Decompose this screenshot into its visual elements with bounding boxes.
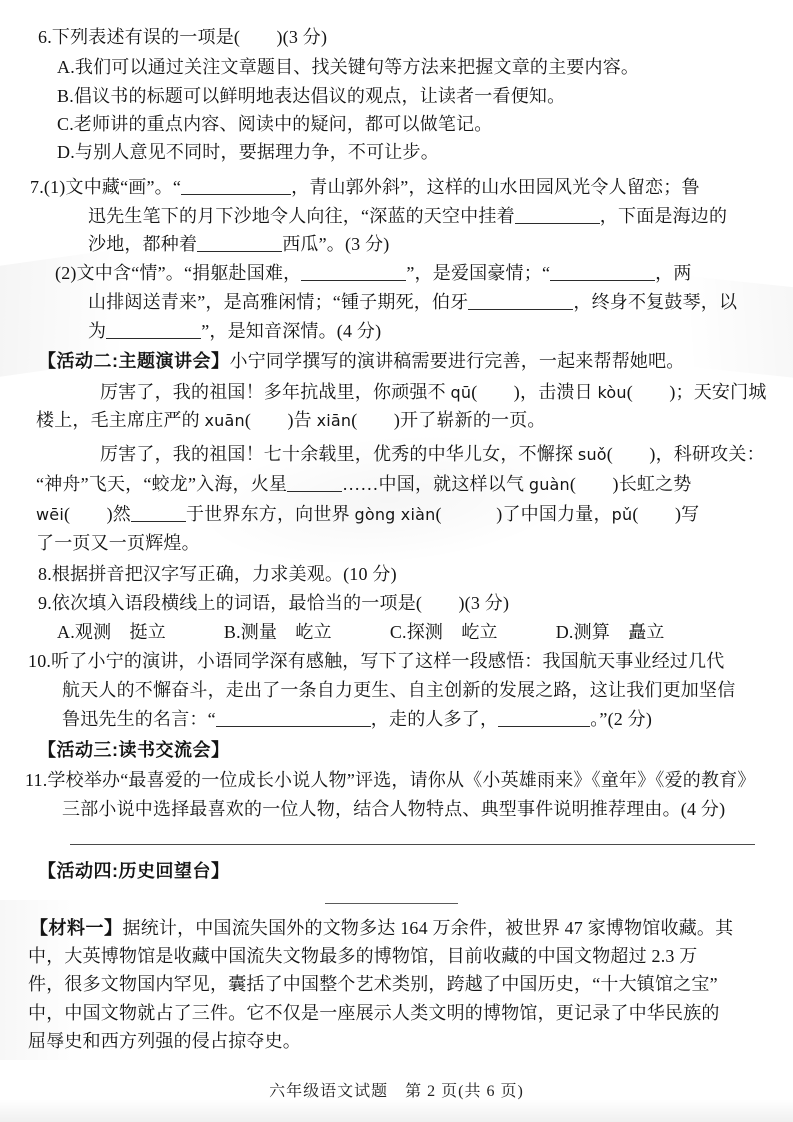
- scan-shadow: [175, 412, 606, 588]
- q7-part2-line1: (2)文中含“情”。“捐躯赴国难，”，是爱国豪情；“，两: [55, 262, 692, 284]
- blank-line: [216, 711, 371, 727]
- material1-line1: 【材料一】据统计，中国流失国外的文物多达 164 万余件，被世界 47 家博物馆…: [30, 917, 733, 939]
- text: B.倡议书的标题可以鲜明地表达倡议的观点，让读者一看便知。: [57, 86, 565, 106]
- q7-part1-line2: 迅先生笔下的月下沙地令人向往，“深蓝的天空中挂着，下面是海边的: [88, 205, 727, 227]
- activity2-heading: 【活动二:主题演讲会】小宁同学撰写的演讲稿需要进行完善，一起来帮帮她吧。: [38, 350, 685, 372]
- blank-line: [468, 294, 573, 310]
- text: (2)文中含“情”。“捐躯赴国难，: [55, 263, 301, 283]
- text: D.与别人意见不同时，要据理力争，不可让步。: [57, 142, 439, 162]
- text: ，终身不复鼓琴，以: [573, 292, 737, 312]
- text: ”，是爱国豪情；“: [406, 263, 550, 283]
- q8-stem: 8.根据拼音把汉字写正确，力求美观。(10 分): [38, 563, 397, 585]
- answer-rule: [70, 844, 755, 845]
- text: 迅先生笔下的月下沙地令人向往，“深蓝的天空中挂着: [88, 206, 515, 226]
- text: C.老师讲的重点内容、阅读中的疑问，都可以做笔记。: [57, 114, 493, 134]
- bold-text: 【活动三:读书交流会】: [38, 740, 230, 760]
- q7-part1-line3: 沙地，都种着西瓜”。(3 分): [88, 233, 389, 255]
- blank-line: [197, 236, 282, 252]
- bold-text: 【材料一】: [30, 918, 123, 938]
- activity4-heading: 【活动四:历史回望台】: [38, 860, 230, 882]
- material1-line5: 屈辱史和西方列强的侵占掠夺史。: [28, 1030, 301, 1052]
- speech-text: ( )，科研攻关：: [607, 444, 765, 464]
- blank-line: [106, 323, 201, 339]
- page-footer: 六年级语文试题 第 2 页(共 6 页): [0, 1078, 793, 1101]
- activity3-heading: 【活动三:读书交流会】: [38, 739, 230, 761]
- text: 件，很多文物国内罕见，囊括了中国整个艺术类别，跨越了中国历史，“十大镇馆之宝”: [28, 974, 718, 994]
- q9-options-row: A.观测 挺立B.测量 屹立C.探测 屹立D.测算 矗立: [57, 621, 665, 643]
- text: 屈辱史和西方列强的侵占掠夺史。: [28, 1031, 301, 1051]
- q11-line2: 三部小说中选择最喜欢的一位人物，结合人物特点、典型事件说明推荐理由。(4 分): [62, 798, 725, 820]
- speech-text: ( )告: [245, 410, 317, 430]
- text: 9.依次填入语段横线上的词语，最恰当的一项是( )(3 分): [38, 593, 509, 613]
- speech-text: 了一页又一页辉煌。: [36, 533, 200, 553]
- speech-para2-line3: wēi( )然于世界东方，向世界 gòng xiàn( )了中国力量，pǔ( )…: [36, 503, 699, 526]
- text: A.我们可以通过关注文章题目、找关键句等方法来把握文章的主要内容。: [57, 57, 639, 77]
- speech-text: 于世界东方，向世界: [186, 504, 355, 524]
- pinyin-text: pǔ: [612, 505, 633, 524]
- blank-line: [301, 265, 406, 281]
- text: 11.学校举办“最喜爱的一位成长小说人物”评选，请你从《小英雄雨来》《童年》《爱…: [25, 770, 756, 790]
- q7-part1-line1: 7.(1)文中藏“画”。“，青山郭外斜”，这样的山水田园风光令人留恋；鲁: [30, 176, 700, 198]
- speech-text: 厉害了，我的祖国！七十余载里，优秀的中华儿女，不懈探: [100, 444, 578, 464]
- speech-text: ( )；天安门城: [627, 382, 767, 402]
- q6-option-b: B.倡议书的标题可以鲜明地表达倡议的观点，让读者一看便知。: [57, 85, 565, 107]
- text: 西瓜”。(3 分): [282, 234, 389, 254]
- speech-text: ( )写: [632, 504, 699, 524]
- speech-para2-line2: “神舟”飞天，“蛟龙”入海，火星……中国，就这样以气 guàn( )长虹之势: [36, 473, 692, 496]
- pinyin-text: kòu: [598, 383, 627, 402]
- blank-line: [515, 208, 600, 224]
- q6-stem: 6.下列表述有误的一项是( )(3 分): [38, 26, 327, 48]
- text: ，两: [655, 263, 691, 283]
- text: 沙地，都种着: [88, 234, 197, 254]
- pinyin-text: gòng xiàn: [354, 505, 435, 524]
- material1-line4: 中，中国文物就占了三件。它不仅是一座展示人类文明的博物馆，更记录了中华民族的: [28, 1002, 720, 1024]
- pinyin-text: wēi: [36, 505, 64, 524]
- q10-line1: 10.听了小宁的演讲，小语同学深有感触，写下了这样一段感悟：我国航天事业经过几代: [28, 650, 725, 672]
- exam-page: 6.下列表述有误的一项是( )(3 分) A.我们可以通过关注文章题目、找关键句…: [0, 0, 793, 1122]
- blank-line: [498, 711, 590, 727]
- text: 据统计，中国流失国外的文物多达 164 万余件，被世界 47 家博物馆收藏。其: [123, 918, 734, 938]
- speech-text: 厉害了，我的祖国！多年抗战里，你顽强不: [100, 382, 451, 402]
- text: 。”(2 分): [590, 709, 652, 729]
- speech-text: ……中国，就这样以气: [342, 474, 529, 494]
- text: 7.(1)文中藏“画”。“: [30, 177, 181, 197]
- pinyin-text: suǒ: [578, 445, 607, 464]
- blank-line: [181, 179, 291, 195]
- pinyin-text: guàn: [529, 475, 570, 494]
- text: ，走的人多了，: [371, 709, 498, 729]
- text: 中，中国文物就占了三件。它不仅是一座展示人类文明的博物馆，更记录了中华民族的: [28, 1003, 720, 1023]
- q11-line1: 11.学校举办“最喜爱的一位成长小说人物”评选，请你从《小英雄雨来》《童年》《爱…: [25, 769, 756, 791]
- speech-para2-line4: 了一页又一页辉煌。: [36, 532, 200, 554]
- q6-option-d: D.与别人意见不同时，要据理力争，不可让步。: [57, 141, 439, 163]
- text: D.测算 矗立: [556, 622, 665, 642]
- speech-text: 楼上，毛主席庄严的: [36, 410, 205, 430]
- bold-text: 【活动四:历史回望台】: [38, 861, 230, 881]
- speech-text: ( )开了崭新的一页。: [351, 410, 545, 430]
- text: ，下面是海边的: [600, 206, 727, 226]
- spacer: [332, 637, 390, 638]
- text: C.探测 屹立: [390, 622, 498, 642]
- pinyin-text: qū: [451, 383, 472, 402]
- bold-text: 【活动二:主题演讲会】: [38, 351, 230, 371]
- speech-text: ( )，击溃日: [471, 382, 597, 402]
- text: 中，大英博物馆是收藏中国流失文物最多的博物馆，目前收藏的中国文物超过 2.3 万: [28, 946, 698, 966]
- speech-text: ( )然: [64, 504, 131, 524]
- spacer: [166, 637, 224, 638]
- material1-line3: 件，很多文物国内罕见，囊括了中国整个艺术类别，跨越了中国历史，“十大镇馆之宝”: [28, 973, 718, 995]
- q9-stem: 9.依次填入语段横线上的词语，最恰当的一项是( )(3 分): [38, 592, 509, 614]
- text: 为: [88, 321, 106, 341]
- q10-line2: 航天人的不懈奋斗，走出了一条自力更生、自主创新的发展之路，这让我们更加坚信: [62, 679, 735, 701]
- text: 8.根据拼音把汉字写正确，力求美观。(10 分): [38, 564, 397, 584]
- text: 6.下列表述有误的一项是( )(3 分): [38, 27, 327, 47]
- text: ，青山郭外斜”，这样的山水田园风光令人留恋；鲁: [291, 177, 700, 197]
- blank-line: [550, 265, 655, 281]
- text: 小宁同学撰写的演讲稿需要进行完善，一起来帮帮她吧。: [230, 351, 685, 371]
- text: A.观测 挺立: [57, 622, 166, 642]
- text: B.测量 屹立: [224, 622, 332, 642]
- q6-option-a: A.我们可以通过关注文章题目、找关键句等方法来把握文章的主要内容。: [57, 56, 639, 78]
- q6-option-c: C.老师讲的重点内容、阅读中的疑问，都可以做笔记。: [57, 113, 493, 135]
- text: 航天人的不懈奋斗，走出了一条自力更生、自主创新的发展之路，这让我们更加坚信: [62, 680, 735, 700]
- text: 三部小说中选择最喜欢的一位人物，结合人物特点、典型事件说明推荐理由。(4 分): [62, 799, 725, 819]
- speech-text: ( )了中国力量，: [435, 504, 611, 524]
- speech-text: ( )长虹之势: [570, 474, 692, 494]
- speech-para1-line2: 楼上，毛主席庄严的 xuān( )告 xiān( )开了崭新的一页。: [36, 409, 546, 432]
- text: 山排闼送青来”，是高雅闲情；“锺子期死，伯牙: [88, 292, 468, 312]
- pinyin-text: xiān: [317, 411, 352, 430]
- divider-rule: [325, 903, 458, 904]
- text: 10.听了小宁的演讲，小语同学深有感触，写下了这样一段感悟：我国航天事业经过几代: [28, 651, 725, 671]
- spacer: [498, 637, 556, 638]
- blank-line: [131, 506, 186, 522]
- blank-line: [287, 476, 342, 492]
- speech-text: “神舟”飞天，“蛟龙”入海，火星: [36, 474, 287, 494]
- speech-para1-line1: 厉害了，我的祖国！多年抗战里，你顽强不 qū( )，击溃日 kòu( )；天安门…: [100, 381, 767, 404]
- q7-part2-line2: 山排闼送青来”，是高雅闲情；“锺子期死，伯牙，终身不复鼓琴，以: [88, 291, 737, 313]
- text: ”，是知音深情。(4 分): [201, 321, 381, 341]
- speech-para2-line1: 厉害了，我的祖国！七十余载里，优秀的中华儿女，不懈探 suǒ( )，科研攻关：: [100, 443, 765, 466]
- q7-part2-line3: 为”，是知音深情。(4 分): [88, 320, 381, 342]
- q10-line3: 鲁迅先生的名言：“，走的人多了，。”(2 分): [62, 708, 652, 730]
- pinyin-text: xuān: [205, 411, 245, 430]
- text: 鲁迅先生的名言：“: [62, 709, 216, 729]
- material1-line2: 中，大英博物馆是收藏中国流失文物最多的博物馆，目前收藏的中国文物超过 2.3 万: [28, 945, 698, 967]
